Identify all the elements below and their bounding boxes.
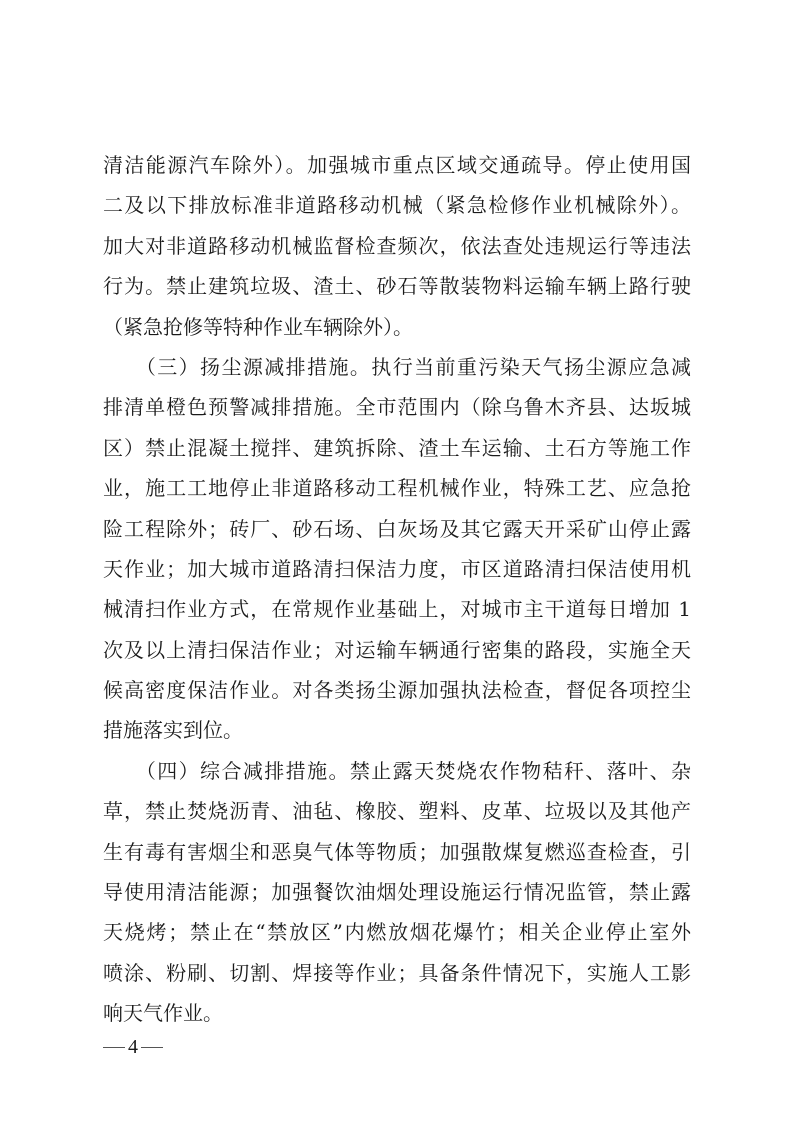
dash-left [103, 1047, 125, 1048]
text-line: 生有毒有害烟尘和恶臭气体等物质；加强散煤复燃巡查检查，引 [103, 832, 691, 872]
section-heading-line: （四）综合减排措施。禁止露天焚烧农作物秸秆、落叶、杂 [103, 751, 691, 791]
text-line: 加大对非道路移动机械监督检查频次，依法查处违规运行等违法 [103, 226, 691, 266]
text-line: 械清扫作业方式，在常规作业基础上，对城市主干道每日增加 1 [103, 589, 691, 629]
text-line: 响天气作业。 [103, 993, 691, 1033]
text-line: 业，施工工地停止非道路移动工程机械作业，特殊工艺、应急抢 [103, 468, 691, 508]
body-text: 清洁能源汽车除外）。加强城市重点区域交通疏导。停止使用国 二及以下排放标准非道路… [103, 145, 691, 1034]
text-line: 次及以上清扫保洁作业；对运输车辆通行密集的路段，实施全天 [103, 630, 691, 670]
page-number-value: 4 [128, 1036, 138, 1059]
text-line: 区）禁止混凝土搅拌、建筑拆除、渣土车运输、土石方等施工作 [103, 428, 691, 468]
section-heading-line: （三）扬尘源减排措施。执行当前重污染天气扬尘源应急减 [103, 347, 691, 387]
text-line: 导使用清洁能源；加强餐饮油烟处理设施运行情况监管，禁止露 [103, 872, 691, 912]
text-line: 草，禁止焚烧沥青、油毡、橡胶、塑料、皮革、垃圾以及其他产 [103, 791, 691, 831]
text-line: 清洁能源汽车除外）。加强城市重点区域交通疏导。停止使用国 [103, 145, 691, 185]
text-line: 险工程除外；砖厂、砂石场、白灰场及其它露天开采矿山停止露 [103, 509, 691, 549]
dash-right [141, 1047, 163, 1048]
text-line: （紧急抢修等特种作业车辆除外）。 [103, 307, 691, 347]
text-line: 行为。禁止建筑垃圾、渣土、砂石等散装物料运输车辆上路行驶 [103, 266, 691, 306]
text-line: 天烧烤；禁止在“禁放区”内燃放烟花爆竹；相关企业停止室外 [103, 912, 691, 952]
text-line: 措施落实到位。 [103, 710, 691, 750]
text-line: 喷涂、粉刷、切割、焊接等作业；具备条件情况下，实施人工影 [103, 953, 691, 993]
text-line: 排清单橙色预警减排措施。全市范围内（除乌鲁木齐县、达坂城 [103, 387, 691, 427]
text-line: 二及以下排放标准非道路移动机械（紧急检修作业机械除外）。 [103, 185, 691, 225]
document-page: 清洁能源汽车除外）。加强城市重点区域交通疏导。停止使用国 二及以下排放标准非道路… [0, 0, 793, 1122]
text-line: 天作业；加大城市道路清扫保洁力度，市区道路清扫保洁使用机 [103, 549, 691, 589]
text-line: 候高密度保洁作业。对各类扬尘源加强执法检查，督促各项控尘 [103, 670, 691, 710]
page-number: 4 [103, 1036, 163, 1059]
